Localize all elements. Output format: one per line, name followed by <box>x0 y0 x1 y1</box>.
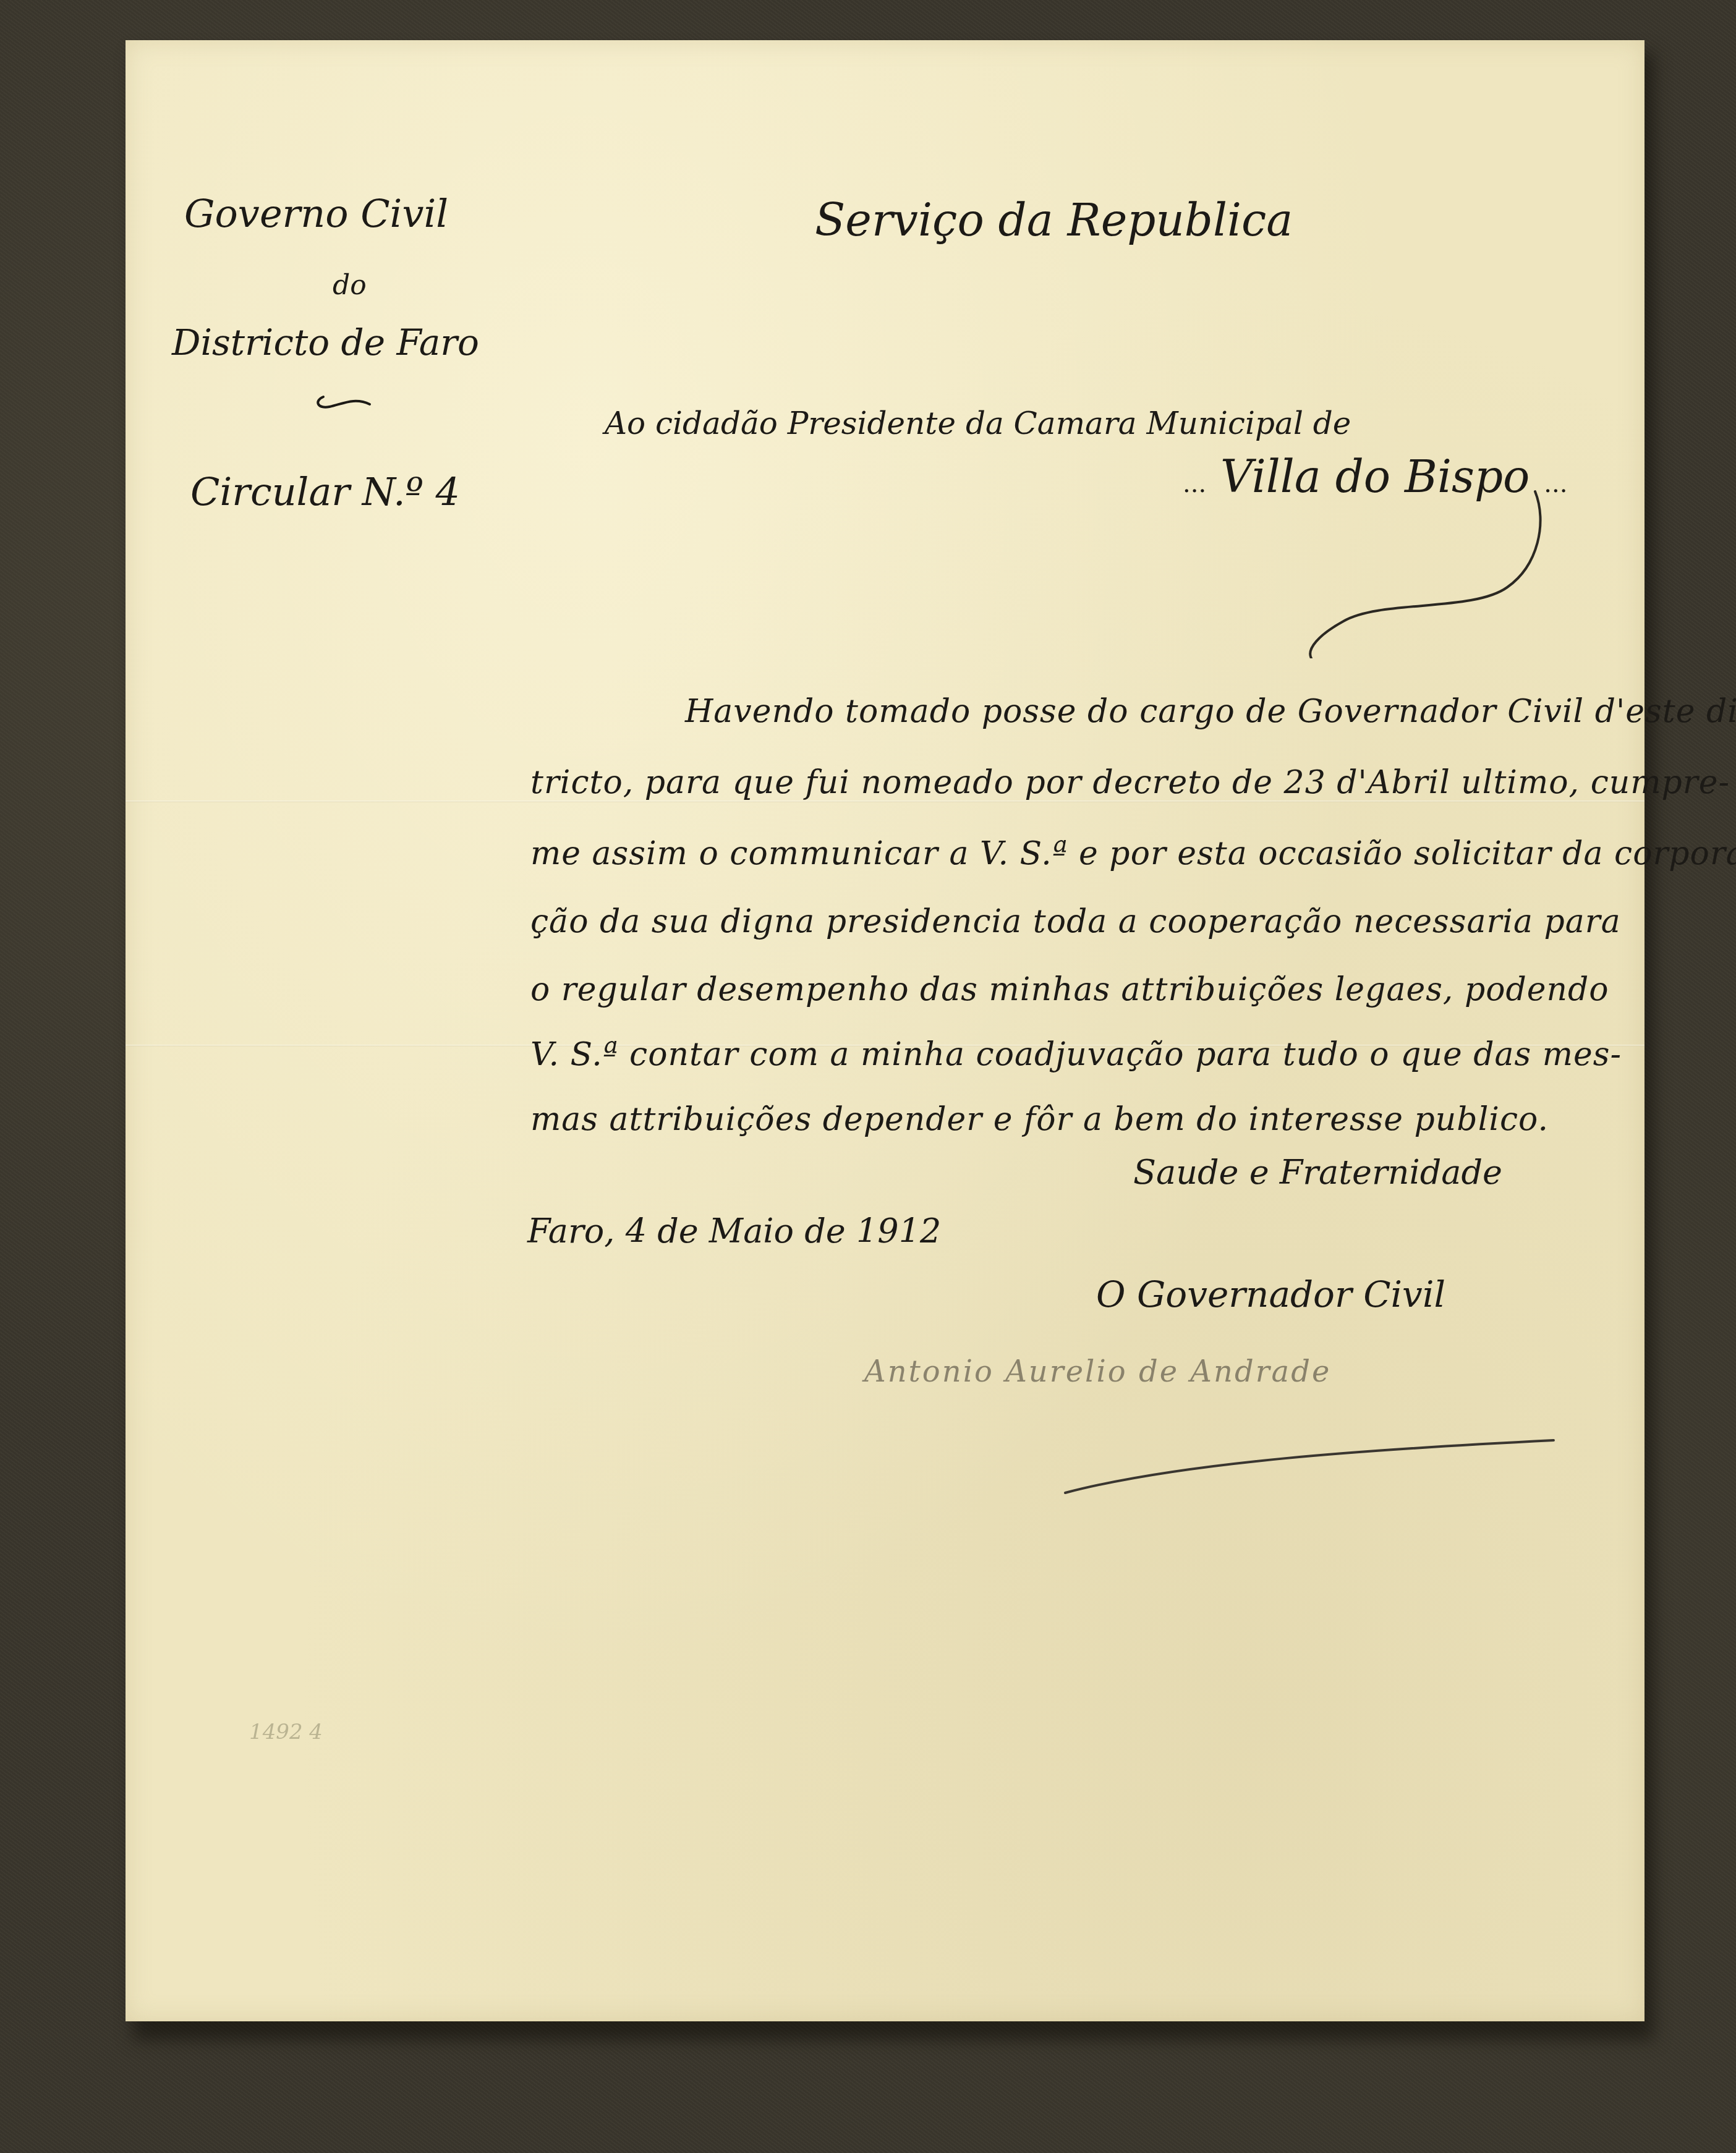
letterhead-districto-faro: Districto de Faro <box>172 325 479 360</box>
letterhead-governo-civil: Governo Civil <box>184 195 448 233</box>
signatory-title: O Governador Civil <box>1096 1276 1445 1312</box>
dotted-leader-left: ... <box>1183 470 1206 498</box>
salutation: Saude e Fraternidade <box>1133 1156 1502 1189</box>
document-title: Serviço da Republica <box>815 198 1293 242</box>
body-line: o regular desempenho das minhas attribui… <box>530 974 1609 1006</box>
signature: Antonio Aurelio de Andrade <box>864 1357 1331 1386</box>
body-line: Havendo tomado posse do cargo de Governa… <box>685 695 1736 728</box>
body-line: ção da sua digna presidencia toda a coop… <box>530 906 1621 938</box>
ornament-icon <box>311 389 379 414</box>
body-line: tricto, para que fui nomeado por decreto… <box>530 767 1730 799</box>
place-date: Faro, 4 de Maio de 1912 <box>527 1215 941 1248</box>
circular-number: Circular N.º 4 <box>190 473 460 511</box>
body-line: V. S.ª contar com a minha coadjuvação pa… <box>530 1038 1622 1071</box>
letter-page: Governo Civil do Districto de Faro Circu… <box>126 40 1645 2021</box>
addressee-line: Ao cidadão Presidente da Camara Municipa… <box>605 408 1351 439</box>
signature-underline-icon <box>1059 1425 1566 1499</box>
body-line: me assim o communicar a V. S.ª e por est… <box>530 838 1736 870</box>
body-line: mas attribuições depender e fôr a bem do… <box>530 1103 1549 1136</box>
letterhead-do: do <box>333 272 367 299</box>
flourish-icon <box>1226 473 1572 658</box>
faint-archive-mark: 1492 4 <box>249 1722 323 1743</box>
